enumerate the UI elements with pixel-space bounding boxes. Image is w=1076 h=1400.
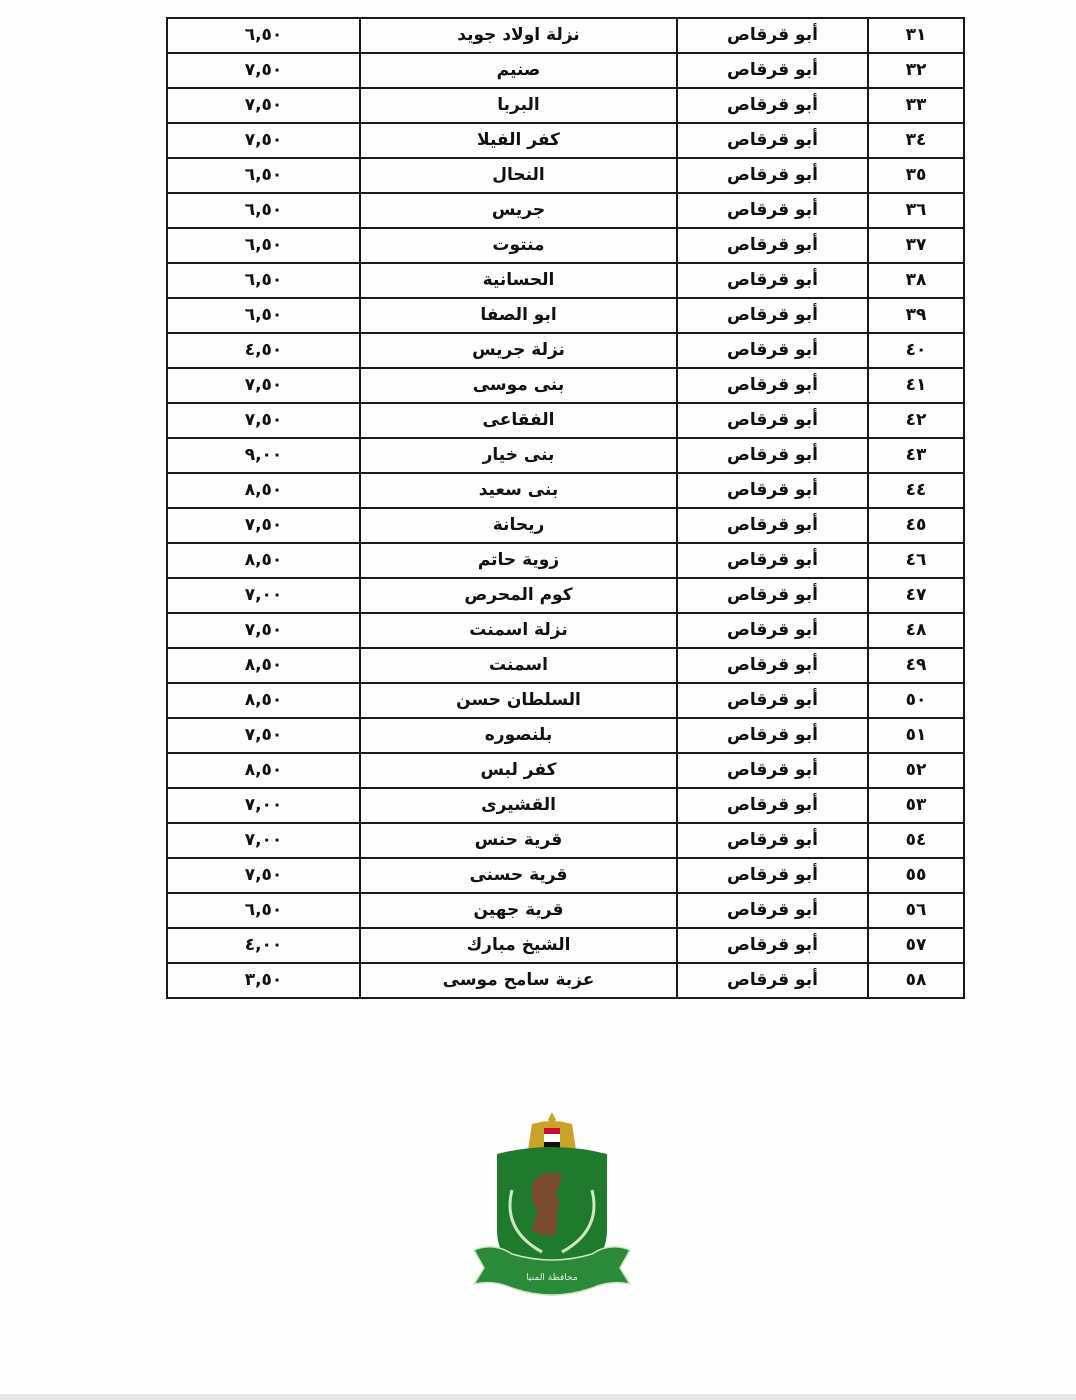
row-center: أبو قرقاص: [677, 788, 868, 823]
row-number: ٤٨: [868, 613, 964, 648]
row-price: ٧,٥٠: [167, 718, 360, 753]
table-row: ٣٧ أبو قرقاص منتوت ٦,٥٠: [167, 228, 964, 263]
row-price: ٧,٠٠: [167, 823, 360, 858]
row-center: أبو قرقاص: [677, 263, 868, 298]
row-number: ٤٢: [868, 403, 964, 438]
row-center: أبو قرقاص: [677, 963, 868, 998]
table-row: ٣٣ أبو قرقاص البربا ٧,٥٠: [167, 88, 964, 123]
row-village: بلنصوره: [360, 718, 677, 753]
table-row: ٣٤ أبو قرقاص كفر الفيلا ٧,٥٠: [167, 123, 964, 158]
table-row: ٤٧ أبو قرقاص كوم المحرص ٧,٠٠: [167, 578, 964, 613]
row-village: اسمنت: [360, 648, 677, 683]
row-number: ٣٩: [868, 298, 964, 333]
row-number: ٤٣: [868, 438, 964, 473]
table-row: ٥١ أبو قرقاص بلنصوره ٧,٥٠: [167, 718, 964, 753]
row-number: ٥٧: [868, 928, 964, 963]
table-row: ٥٥ أبو قرقاص قرية حسنى ٧,٥٠: [167, 858, 964, 893]
row-price: ٨,٥٠: [167, 543, 360, 578]
row-number: ٥٣: [868, 788, 964, 823]
table-row: ٥٣ أبو قرقاص القشيرى ٧,٠٠: [167, 788, 964, 823]
row-number: ٤١: [868, 368, 964, 403]
row-price: ٦,٥٠: [167, 228, 360, 263]
row-number: ٤٤: [868, 473, 964, 508]
row-center: أبو قرقاص: [677, 578, 868, 613]
row-center: أبو قرقاص: [677, 893, 868, 928]
table-row: ٤٥ أبو قرقاص ريحانة ٧,٥٠: [167, 508, 964, 543]
row-number: ٤٠: [868, 333, 964, 368]
bottom-strip: [0, 1394, 1076, 1400]
row-center: أبو قرقاص: [677, 123, 868, 158]
row-price: ٤,٠٠: [167, 928, 360, 963]
row-center: أبو قرقاص: [677, 648, 868, 683]
row-village: نزلة جريس: [360, 333, 677, 368]
row-center: أبو قرقاص: [677, 193, 868, 228]
row-village: كفر لبس: [360, 753, 677, 788]
document-page: ٣١ أبو قرقاص نزلة اولاد جويد ٦,٥٠ ٣٢ أبو…: [0, 0, 1076, 1394]
row-village: عزبة سامح موسى: [360, 963, 677, 998]
table-row: ٤٦ أبو قرقاص زوية حاتم ٨,٥٠: [167, 543, 964, 578]
row-price: ٨,٥٠: [167, 648, 360, 683]
row-center: أبو قرقاص: [677, 53, 868, 88]
row-number: ٥٦: [868, 893, 964, 928]
row-center: أبو قرقاص: [677, 298, 868, 333]
row-village: النحال: [360, 158, 677, 193]
row-number: ٣٢: [868, 53, 964, 88]
row-number: ٥٤: [868, 823, 964, 858]
row-village: الفقاعى: [360, 403, 677, 438]
row-center: أبو قرقاص: [677, 333, 868, 368]
row-center: أبو قرقاص: [677, 508, 868, 543]
table-row: ٥٤ أبو قرقاص قرية حنس ٧,٠٠: [167, 823, 964, 858]
row-center: أبو قرقاص: [677, 158, 868, 193]
row-village: نزلة اولاد جويد: [360, 18, 677, 53]
row-number: ٣٦: [868, 193, 964, 228]
row-number: ٣١: [868, 18, 964, 53]
row-price: ٨,٥٠: [167, 683, 360, 718]
row-center: أبو قرقاص: [677, 473, 868, 508]
row-price: ٨,٥٠: [167, 753, 360, 788]
row-number: ٣٣: [868, 88, 964, 123]
row-number: ٤٥: [868, 508, 964, 543]
row-price: ٧,٥٠: [167, 88, 360, 123]
row-center: أبو قرقاص: [677, 438, 868, 473]
row-number: ٥٥: [868, 858, 964, 893]
row-price: ٦,٥٠: [167, 298, 360, 333]
table-row: ٣٨ أبو قرقاص الحسانية ٦,٥٠: [167, 263, 964, 298]
row-village: زوية حاتم: [360, 543, 677, 578]
row-village: قرية حنس: [360, 823, 677, 858]
row-price: ٧,٥٠: [167, 368, 360, 403]
row-number: ٤٦: [868, 543, 964, 578]
row-center: أبو قرقاص: [677, 613, 868, 648]
row-number: ٣٤: [868, 123, 964, 158]
row-price: ٧,٥٠: [167, 403, 360, 438]
row-village: بنى خيار: [360, 438, 677, 473]
row-village: منتوت: [360, 228, 677, 263]
row-price: ٧,٥٠: [167, 53, 360, 88]
row-village: كفر الفيلا: [360, 123, 677, 158]
row-village: نزلة اسمنت: [360, 613, 677, 648]
row-center: أبو قرقاص: [677, 823, 868, 858]
row-price: ٦,٥٠: [167, 893, 360, 928]
row-center: أبو قرقاص: [677, 543, 868, 578]
row-price: ٧,٥٠: [167, 123, 360, 158]
fares-table-body: ٣١ أبو قرقاص نزلة اولاد جويد ٦,٥٠ ٣٢ أبو…: [167, 18, 964, 998]
row-center: أبو قرقاص: [677, 228, 868, 263]
row-number: ٥٨: [868, 963, 964, 998]
row-village: القشيرى: [360, 788, 677, 823]
minya-governorate-emblem-icon: محافظة المنيا: [472, 1110, 632, 1310]
table-row: ٣٦ أبو قرقاص جريس ٦,٥٠: [167, 193, 964, 228]
row-village: جريس: [360, 193, 677, 228]
row-number: ٣٨: [868, 263, 964, 298]
table-row: ٣٥ أبو قرقاص النحال ٦,٥٠: [167, 158, 964, 193]
row-village: قرية جهين: [360, 893, 677, 928]
row-price: ٤,٥٠: [167, 333, 360, 368]
row-price: ٦,٥٠: [167, 193, 360, 228]
table-row: ٥٦ أبو قرقاص قرية جهين ٦,٥٠: [167, 893, 964, 928]
row-village: بنى موسى: [360, 368, 677, 403]
row-village: الشيخ مبارك: [360, 928, 677, 963]
row-village: بنى سعيد: [360, 473, 677, 508]
table-row: ٥٠ أبو قرقاص السلطان حسن ٨,٥٠: [167, 683, 964, 718]
fares-table: ٣١ أبو قرقاص نزلة اولاد جويد ٦,٥٠ ٣٢ أبو…: [166, 17, 965, 999]
row-village: ابو الصفا: [360, 298, 677, 333]
row-number: ٤٧: [868, 578, 964, 613]
row-price: ٧,٠٠: [167, 578, 360, 613]
row-center: أبو قرقاص: [677, 368, 868, 403]
row-village: ريحانة: [360, 508, 677, 543]
table-row: ٣٢ أبو قرقاص صنيم ٧,٥٠: [167, 53, 964, 88]
table-row: ٤٤ أبو قرقاص بنى سعيد ٨,٥٠: [167, 473, 964, 508]
row-price: ٦,٥٠: [167, 158, 360, 193]
row-center: أبو قرقاص: [677, 928, 868, 963]
row-center: أبو قرقاص: [677, 718, 868, 753]
row-village: قرية حسنى: [360, 858, 677, 893]
row-number: ٤٩: [868, 648, 964, 683]
row-center: أبو قرقاص: [677, 88, 868, 123]
table-row: ٤٣ أبو قرقاص بنى خيار ٩,٠٠: [167, 438, 964, 473]
table-row: ٥٨ أبو قرقاص عزبة سامح موسى ٣,٥٠: [167, 963, 964, 998]
row-price: ٧,٥٠: [167, 613, 360, 648]
table-row: ٤١ أبو قرقاص بنى موسى ٧,٥٠: [167, 368, 964, 403]
row-price: ٦,٥٠: [167, 263, 360, 298]
row-price: ٣,٥٠: [167, 963, 360, 998]
row-number: ٥١: [868, 718, 964, 753]
row-price: ٨,٥٠: [167, 473, 360, 508]
table-row: ٥٢ أبو قرقاص كفر لبس ٨,٥٠: [167, 753, 964, 788]
row-village: صنيم: [360, 53, 677, 88]
row-center: أبو قرقاص: [677, 858, 868, 893]
table-row: ٣٩ أبو قرقاص ابو الصفا ٦,٥٠: [167, 298, 964, 333]
row-number: ٥٠: [868, 683, 964, 718]
table-row: ٤٨ أبو قرقاص نزلة اسمنت ٧,٥٠: [167, 613, 964, 648]
banner-text: محافظة المنيا: [526, 1273, 578, 1283]
row-village: السلطان حسن: [360, 683, 677, 718]
row-price: ٧,٥٠: [167, 858, 360, 893]
table-row: ٣١ أبو قرقاص نزلة اولاد جويد ٦,٥٠: [167, 18, 964, 53]
table-row: ٥٧ أبو قرقاص الشيخ مبارك ٤,٠٠: [167, 928, 964, 963]
row-price: ٦,٥٠: [167, 18, 360, 53]
row-number: ٣٧: [868, 228, 964, 263]
table-row: ٤٩ أبو قرقاص اسمنت ٨,٥٠: [167, 648, 964, 683]
row-village: كوم المحرص: [360, 578, 677, 613]
row-center: أبو قرقاص: [677, 403, 868, 438]
row-number: ٣٥: [868, 158, 964, 193]
row-village: البربا: [360, 88, 677, 123]
row-price: ٧,٥٠: [167, 508, 360, 543]
row-village: الحسانية: [360, 263, 677, 298]
row-number: ٥٢: [868, 753, 964, 788]
row-price: ٩,٠٠: [167, 438, 360, 473]
row-price: ٧,٠٠: [167, 788, 360, 823]
table-row: ٤٢ أبو قرقاص الفقاعى ٧,٥٠: [167, 403, 964, 438]
row-center: أبو قرقاص: [677, 753, 868, 788]
table-row: ٤٠ أبو قرقاص نزلة جريس ٤,٥٠: [167, 333, 964, 368]
row-center: أبو قرقاص: [677, 18, 868, 53]
row-center: أبو قرقاص: [677, 683, 868, 718]
